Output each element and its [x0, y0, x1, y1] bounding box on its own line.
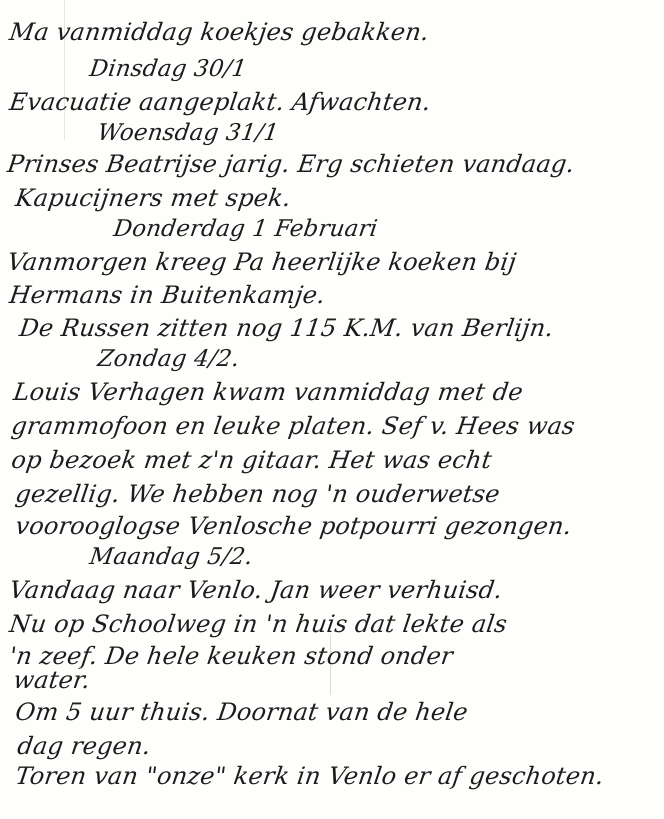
diary-line: Nu op Schoolweg in 'n huis dat lekte als	[8, 612, 509, 636]
diary-line: Prinses Beatrijse jarig. Erg schieten va…	[6, 152, 576, 176]
diary-line: Evacuatie aangeplakt. Afwachten.	[8, 90, 432, 114]
diary-date-heading: Donderdag 1 Februari	[112, 218, 379, 241]
diary-line: Vanmorgen kreeg Pa heerlijke koeken bij	[6, 250, 518, 274]
diary-date-heading: Woensdag 31/1	[96, 122, 280, 145]
diary-date-heading: Dinsdag 30/1	[88, 58, 248, 81]
diary-line: gezellig. We hebben nog 'n ouderwetse	[14, 482, 501, 506]
diary-line: op bezoek met z'n gitaar. Het was echt	[10, 448, 493, 472]
diary-line: Hermans in Buitenkamje.	[8, 283, 327, 307]
diary-line: Vandaag naar Venlo. Jan weer verhuisd.	[8, 578, 504, 602]
diary-page: Ma vanmiddag koekjes gebakken. Dinsdag 3…	[0, 0, 664, 819]
diary-date-heading: Maandag 5/2.	[88, 546, 254, 569]
diary-line: Ma vanmiddag koekjes gebakken.	[8, 20, 431, 44]
diary-line: Om 5 uur thuis. Doornat van de hele	[14, 700, 469, 724]
diary-line: water.	[12, 668, 92, 692]
diary-line: dag regen.	[16, 734, 152, 758]
diary-line: Louis Verhagen kwam vanmiddag met de	[12, 380, 525, 404]
diary-line: Kapucijners met spek.	[14, 186, 293, 210]
diary-line: grammofoon en leuke platen. Sef v. Hees …	[10, 414, 576, 438]
diary-line: voorooglogse Venlosche potpourri gezonge…	[14, 514, 573, 538]
diary-line: De Russen zitten nog 115 K.M. van Berlij…	[18, 316, 555, 340]
diary-line: 'n zeef. De hele keuken stond onder	[8, 644, 454, 668]
diary-date-heading: Zondag 4/2.	[96, 348, 241, 371]
diary-line: Toren van "onze" kerk in Venlo er af ges…	[14, 764, 606, 788]
